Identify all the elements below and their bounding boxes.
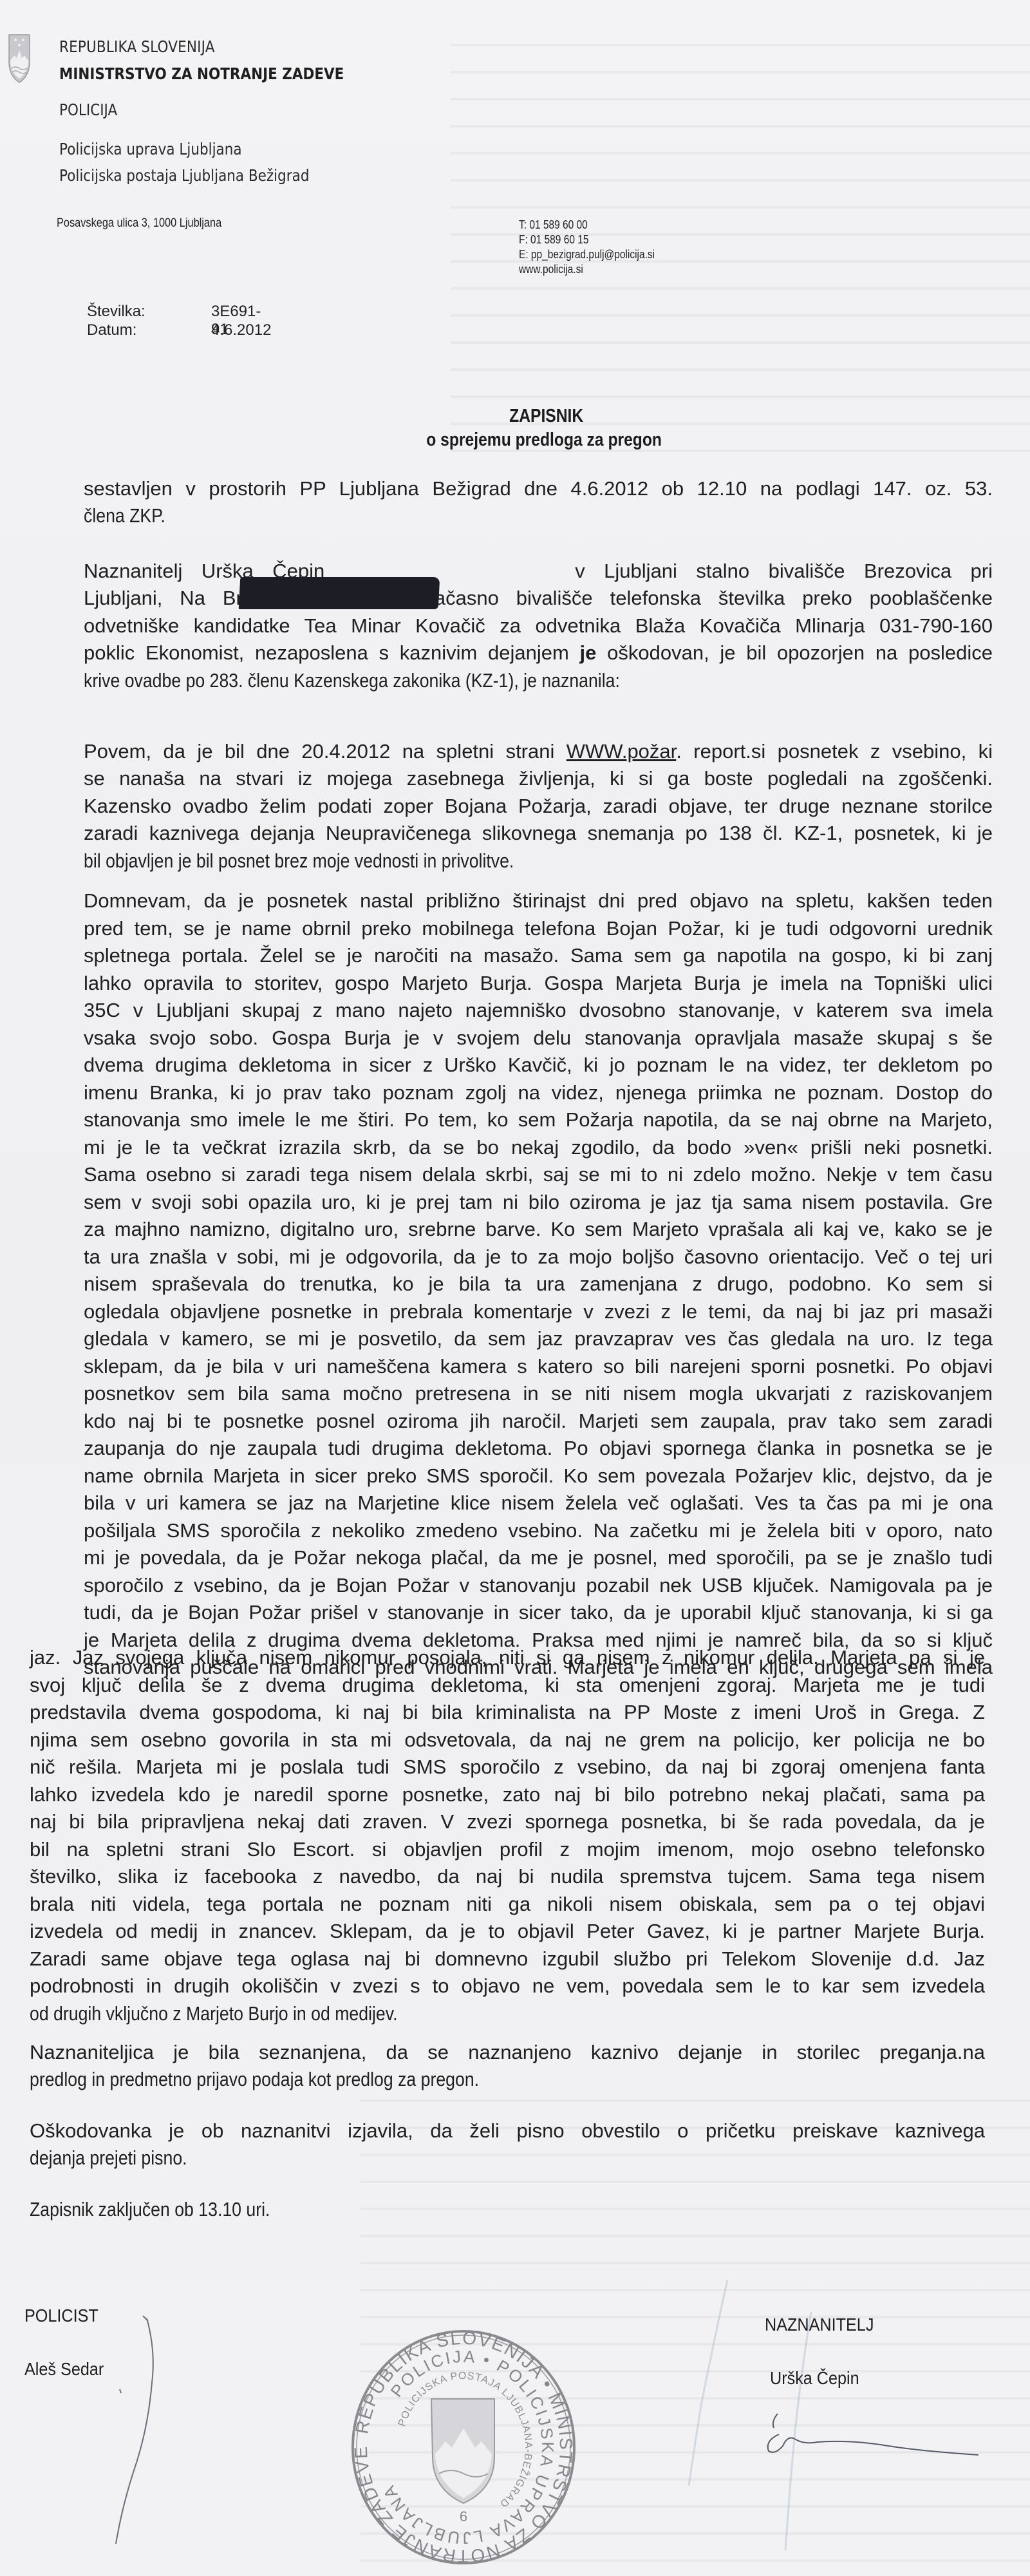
body-text-line: ta ura znašla v sobi, mi je odgovorila, … — [84, 1245, 993, 1272]
body-text-line: sklepam, da je bila v uri nameščena kame… — [84, 1354, 993, 1381]
body-text-line: izvedela od medij in znancev. Sklepam, d… — [30, 1919, 985, 1946]
stamp-number: 6 — [460, 2508, 467, 2524]
body-text-line: nisem spraševala do trenutka, ko je bila… — [84, 1272, 993, 1299]
body-text-line: dejanja prejeti pisno. — [30, 2146, 985, 2173]
body-text-line: Naznanitelj Urška Čepin v Ljubljani stal… — [84, 559, 993, 586]
body-text-line: pošiljala SMS sporočila z nekoliko zmede… — [84, 1519, 993, 1546]
body-text-line: imenu Branka, ki jo prav tako poznam zgo… — [84, 1081, 993, 1108]
body-text-line: mi je le ta večkrat izrazila skrb, da se… — [84, 1135, 993, 1162]
redaction-bar — [239, 577, 440, 609]
contact-phone: T: 01 589 60 00 — [519, 218, 655, 232]
body-text-line: lahko izvedela kdo je naredil sporne pos… — [30, 1783, 985, 1810]
body-text-line: Povem, da je bil dne 20.4.2012 na spletn… — [84, 739, 993, 766]
body-text-line: podrobnosti in drugih okoliščin v zvezi … — [30, 1974, 985, 2001]
policist-role-label: POLICIST — [24, 2306, 98, 2326]
date-value: 4.6.2012 — [211, 321, 271, 339]
body-text-line: naj bi bila pripravljena nekaj dati zrav… — [30, 1810, 985, 1837]
body-text-line: njima sem osebno govorila in sta mi odsv… — [30, 1728, 985, 1755]
document-title: ZAPISNIK — [0, 406, 1030, 427]
policist-name: Aleš Sedar — [24, 2359, 104, 2380]
body-text-line: 35C v Ljubljani skupaj z mano najeto naj… — [84, 998, 993, 1025]
body-text-line: tudi, da je Bojan Požar prišel v stanova… — [84, 1600, 993, 1627]
letterhead-station: Policijska postaja Ljubljana Bežigrad — [59, 166, 309, 185]
body-text-line: Oškodovanka je ob naznanitvi izjavila, d… — [30, 2119, 985, 2146]
official-stamp: REPUBLIKA SLOVENIJA • MINISTRSTVO ZA NOT… — [348, 2328, 579, 2566]
body-text-line: bil na spletni strani Slo Escort. si obj… — [30, 1837, 985, 1864]
coat-of-arms-icon — [8, 32, 31, 84]
letterhead-ministry: MINISTRSTVO ZA NOTRANJE ZADEVE — [59, 64, 344, 83]
contact-email: E: pp_bezigrad.pulj@policija.si — [519, 247, 655, 262]
body-text-line: lahko opravila to storitev, gospo Marjet… — [84, 971, 993, 998]
body-text-line: zaupanja do nje zaupala tudi drugima dek… — [84, 1436, 993, 1463]
body-text-line: predlog in predmetno prijavo podaja kot … — [30, 2067, 985, 2094]
body-text-line: ogledala objavljene posnetke in prebrala… — [84, 1300, 993, 1327]
body-text-line: sestavljen v prostorih PP Ljubljana Beži… — [84, 477, 993, 504]
letterhead-agency: POLICIJA — [59, 100, 117, 119]
body-text-line: bila v uri kamera se jaz na Marjetine kl… — [84, 1491, 993, 1518]
body-text-line: vsaka svojo sobo. Gospa Burja je v svoje… — [84, 1026, 993, 1053]
body-text-line: spletnega portala. Želel se je naročiti … — [84, 943, 993, 971]
document-subtitle: o sprejemu predloga za pregon — [0, 430, 1030, 451]
body-text-line: jaz. Jaz svojega ključa nisem nikomur po… — [30, 1645, 985, 1672]
body-text-line: bil objavljen je bil posnet brez moje ve… — [84, 849, 993, 876]
bleed-through-signature — [657, 2273, 850, 2557]
date-label: Datum: — [87, 321, 136, 339]
contact-block: T: 01 589 60 00 F: 01 589 60 15 E: pp_be… — [519, 218, 655, 277]
letterhead-address: Posavskega ulica 3, 1000 Ljubljana — [57, 216, 221, 231]
body-text-line: člena ZKP. — [84, 504, 993, 531]
body-text-line: Ljubljani, Na Brezno 41, občina začasno … — [84, 586, 993, 613]
letterhead-directorate: Policijska uprava Ljubljana — [59, 140, 242, 158]
body-text-line: nič rešila. Marjeta mi je poslala tudi S… — [30, 1755, 985, 1782]
body-text-line: Naznaniteljica je bila seznanjena, da se… — [30, 2040, 985, 2067]
contact-web: www.policija.si — [519, 262, 655, 277]
letterhead-country: REPUBLIKA SLOVENIJA — [59, 37, 215, 56]
body-text-line: brala niti videla, tega portala ne pozna… — [30, 1892, 985, 1919]
body-text-line: stanovanja smo imele le me štiri. Po tem… — [84, 1108, 993, 1135]
body-text-line: predstavila dvema gospodoma, ki naj bi b… — [30, 1700, 985, 1727]
body-text-line: poklic Ekonomist, nezaposlena s kaznivim… — [84, 641, 993, 668]
body-text-line: svoj ključ delila še z dvema drugima dek… — [30, 1673, 985, 1700]
number-label: Številka: — [87, 303, 145, 321]
body-text-line: Sama osebno si zaradi tega nisem delala … — [84, 1162, 993, 1189]
body-text-line: gledala v kamero, se mi je posvetilo, da… — [84, 1327, 993, 1354]
body-text-line: Kazensko ovadbo želim podati zoper Bojan… — [84, 794, 993, 821]
contact-fax: F: 01 589 60 15 — [519, 232, 655, 247]
body-text-line: pred tem, se je name obrnil preko mobiln… — [84, 916, 993, 943]
body-text-line: od drugih vključno z Marjeto Burjo in od… — [30, 2002, 985, 2029]
policist-signature — [97, 2312, 187, 2557]
body-text-line: Zaradi same objave tega oglasa naj bi do… — [30, 1947, 985, 1974]
body-text-line: sporočilo z vsebino, da je Bojan Požar v… — [84, 1573, 993, 1600]
body-text-line: kdo naj bi te posnetke posnel oziroma ji… — [84, 1409, 993, 1436]
body-text-line: Zapisnik zaključen ob 13.10 uri. — [30, 2197, 985, 2224]
body-text-line: posnetkov sem bila sama močno pretresena… — [84, 1381, 993, 1408]
body-text-line: mi je povedala, da je Požar nekoga plača… — [84, 1546, 993, 1573]
body-text-line: Domnevam, da je posnetek nastal približn… — [84, 889, 993, 916]
body-text-line: se nanaša na stvari iz mojega zasebnega … — [84, 766, 993, 793]
body-text-line: sem v svoji sobi opazila uro, ki je prej… — [84, 1190, 993, 1217]
body-text-line: dvema drugima dekletoma in sicer z Urško… — [84, 1053, 993, 1080]
body-text-line: odvetniške kandidatke Tea Minar Kovačič … — [84, 614, 993, 641]
body-text-line: številko, slika iz facebooka z navedbo, … — [30, 1864, 985, 1891]
body-text-line: zaradi kaznivega dejanja Neupravičenega … — [84, 821, 993, 848]
website-link: WWW.požar — [566, 740, 677, 762]
body-text-line: name obrnila Marjeta in sicer preko SMS … — [84, 1464, 993, 1491]
body-text-line: krive ovadbe po 283. členu Kazenskega za… — [84, 668, 993, 696]
body-text-line: za majhno namizno, digitalno uro, srebrn… — [84, 1217, 993, 1244]
